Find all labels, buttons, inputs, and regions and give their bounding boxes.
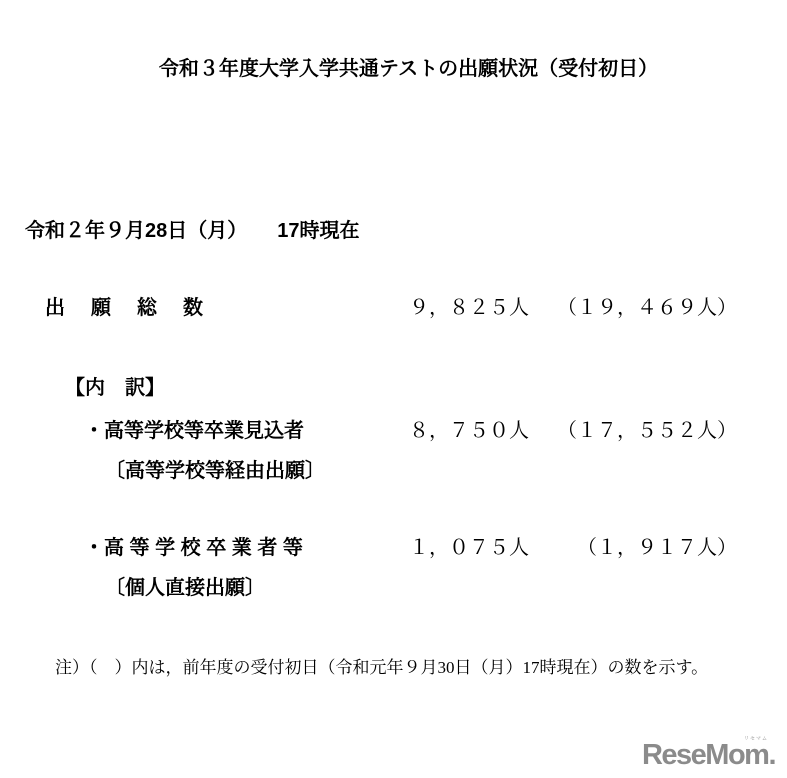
- document-page: 令和３年度大学入学共通テストの出願状況（受付初日） 令和２年９月28日（月） 1…: [0, 0, 787, 778]
- total-applicants-value: ９，８２５人: [409, 296, 529, 320]
- resemom-logo-ruby: リセマム: [744, 737, 768, 742]
- breakdown-item-note: 〔個人直接出願〕: [105, 576, 265, 600]
- resemom-logo: ReseMom. リセマム: [642, 741, 775, 770]
- total-applicants-values: ９，８２５人 （１９，４６９人）: [409, 296, 737, 320]
- page-title: 令和３年度大学入学共通テストの出願状況（受付初日）: [30, 57, 787, 81]
- footnote: 注）（ ）内は，前年度の受付初日（令和元年９月30日（月）17時現在）の数を示す…: [55, 658, 708, 678]
- breakdown-item-label: ・高等学校等卒業見込者: [84, 419, 304, 443]
- breakdown-heading: 【内 訳】: [65, 376, 165, 400]
- breakdown-item-note: 〔高等学校等経由出願〕: [105, 459, 325, 483]
- breakdown-item-label: ・高 等 学 校 卒 業 者 等: [84, 536, 303, 560]
- breakdown-item-previous: （１７，５５２人）: [557, 419, 737, 443]
- breakdown-item-value: １，０７５人: [409, 536, 529, 560]
- resemom-logo-text: ReseMom.: [642, 739, 775, 771]
- total-applicants-previous: （１９，４６９人）: [557, 296, 737, 320]
- breakdown-item-value: ８，７５０人: [409, 419, 529, 443]
- breakdown-item-previous: （１，９１７人）: [577, 536, 737, 560]
- date-line: 令和２年９月28日（月） 17時現在: [25, 219, 360, 243]
- breakdown-item-values: ８，７５０人 （１７，５５２人）: [409, 419, 737, 443]
- total-applicants-label: 出 願 総 数: [45, 296, 206, 320]
- breakdown-item-values: １，０７５人 （１，９１７人）: [409, 536, 737, 560]
